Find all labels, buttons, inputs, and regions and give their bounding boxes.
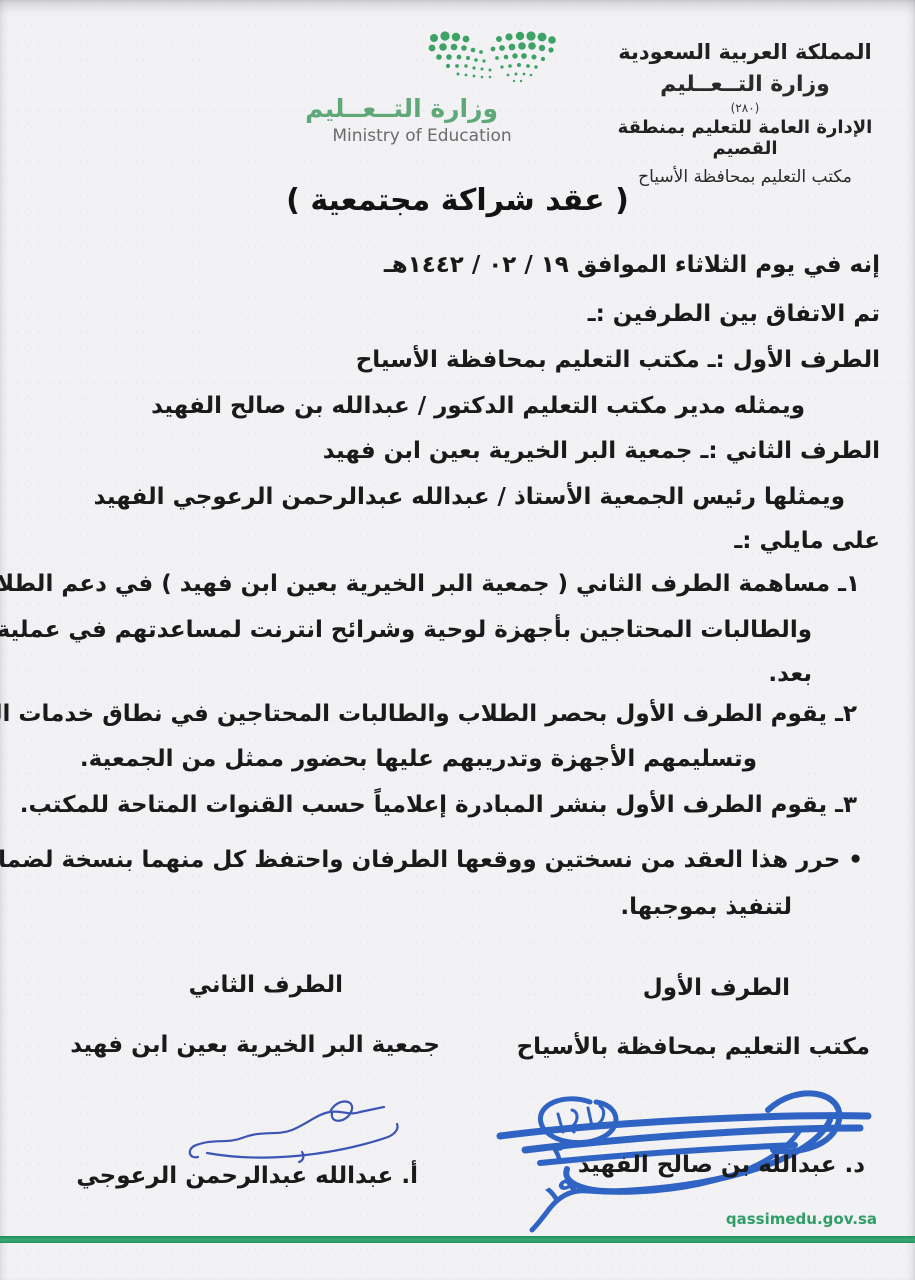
clause-1-line-3: بعد. bbox=[768, 661, 812, 687]
clause-2-line-1: ٢ـ يقوم الطرف الأول بحصر الطلاب والطالبا… bbox=[0, 701, 857, 727]
kingdom-line: المملكة العربية السعودية bbox=[600, 40, 890, 64]
second-party-representative-line: ويمثلها رئيس الجمعية الأستاذ / عبدالله ع… bbox=[94, 484, 845, 510]
ministry-logo-subtitle: Ministry of Education bbox=[332, 126, 512, 146]
ministry-of-education-logo-icon bbox=[398, 30, 562, 86]
first-party-signature-icon bbox=[470, 1058, 880, 1208]
first-party-signature-org: مكتب التعليم بمحافظة بالأسياح bbox=[517, 1034, 870, 1060]
document-title: ( عقد شراكة مجتمعية ) bbox=[0, 183, 915, 218]
first-party-line: الطرف الأول :ـ مكتب التعليم بمحافظة الأس… bbox=[356, 347, 880, 373]
date-line: إنه في يوم الثلاثاء الموافق ١٩ / ٠٢ / ١٤… bbox=[384, 252, 880, 278]
footer-green-band bbox=[0, 1236, 915, 1243]
second-party-signatory-name: أ. عبدالله عبدالرحمن الرعوجي bbox=[76, 1163, 418, 1189]
letterhead-right-block: المملكة العربية السعودية وزارة التــعــل… bbox=[600, 40, 890, 187]
ministry-logo-wordmark: وزارة التــعــليم bbox=[338, 94, 498, 123]
general-administration-line: الإدارة العامة للتعليم بمنطقة القصيم bbox=[600, 117, 890, 159]
scanned-contract-page: وزارة التــعــليم Ministry of Education … bbox=[0, 0, 915, 1280]
first-party-signature-header: الطرف الأول bbox=[643, 975, 790, 1001]
clause-1-line-2: والطالبات المحتاجين بأجهزة لوحية وشرائح … bbox=[0, 617, 812, 643]
ministry-line: وزارة التــعــليم bbox=[600, 72, 890, 97]
clause-1-line-1: ١ـ مساهمة الطرف الثاني ( جمعية البر الخي… bbox=[0, 571, 860, 597]
second-party-line: الطرف الثاني :ـ جمعية البر الخيرية بعين … bbox=[323, 438, 880, 464]
second-party-signature-org: جمعية البر الخيرية بعين ابن فهيد bbox=[70, 1032, 440, 1058]
preamble-line: على مايلي :ـ bbox=[734, 528, 880, 554]
second-party-signature-header: الطرف الثاني bbox=[189, 972, 343, 998]
clause-3-line-1: ٣ـ يقوم الطرف الأول بنشر المبادرة إعلامي… bbox=[20, 792, 857, 818]
first-party-representative-line: ويمثله مدير مكتب التعليم الدكتور / عبدال… bbox=[151, 393, 805, 419]
clause-2-line-2: وتسليمهم الأجهزة وتدريبهم عليها بحضور مم… bbox=[80, 746, 757, 772]
letterhead-number: (٢٨٠) bbox=[600, 101, 890, 115]
footer-website: qassimedu.gov.sa bbox=[726, 1210, 877, 1228]
agreement-line: تم الاتفاق بين الطرفين :ـ bbox=[588, 301, 880, 327]
closing-line-2: لتنفيذ بموجبها. bbox=[620, 894, 792, 920]
closing-line-1: • حرر هذا العقد من نسختين ووقعها الطرفان… bbox=[0, 847, 863, 873]
first-party-signatory-name: د. عبدالله بن صالح الفهيد bbox=[578, 1152, 865, 1178]
